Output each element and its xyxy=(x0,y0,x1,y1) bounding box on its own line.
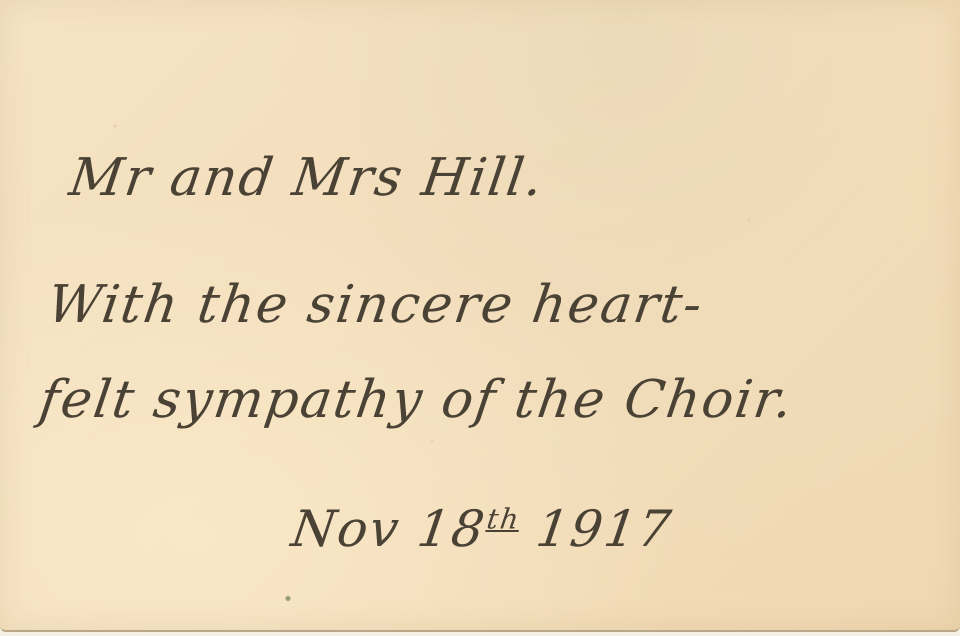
message-line-2: felt sympathy of the Choir. xyxy=(36,370,798,430)
date-line: Nov 18th 1917 xyxy=(288,500,676,558)
message-line-1: With the sincere heart- xyxy=(44,275,708,335)
date-suffix: th xyxy=(485,502,523,535)
date-year: 1917 xyxy=(533,500,676,558)
recipient-line: Mr and Mrs Hill. xyxy=(66,148,548,208)
sympathy-card: Mr and Mrs Hill. With the sincere heart-… xyxy=(0,0,960,632)
date-month: Nov xyxy=(288,500,404,558)
date-day: 18 xyxy=(414,500,490,558)
